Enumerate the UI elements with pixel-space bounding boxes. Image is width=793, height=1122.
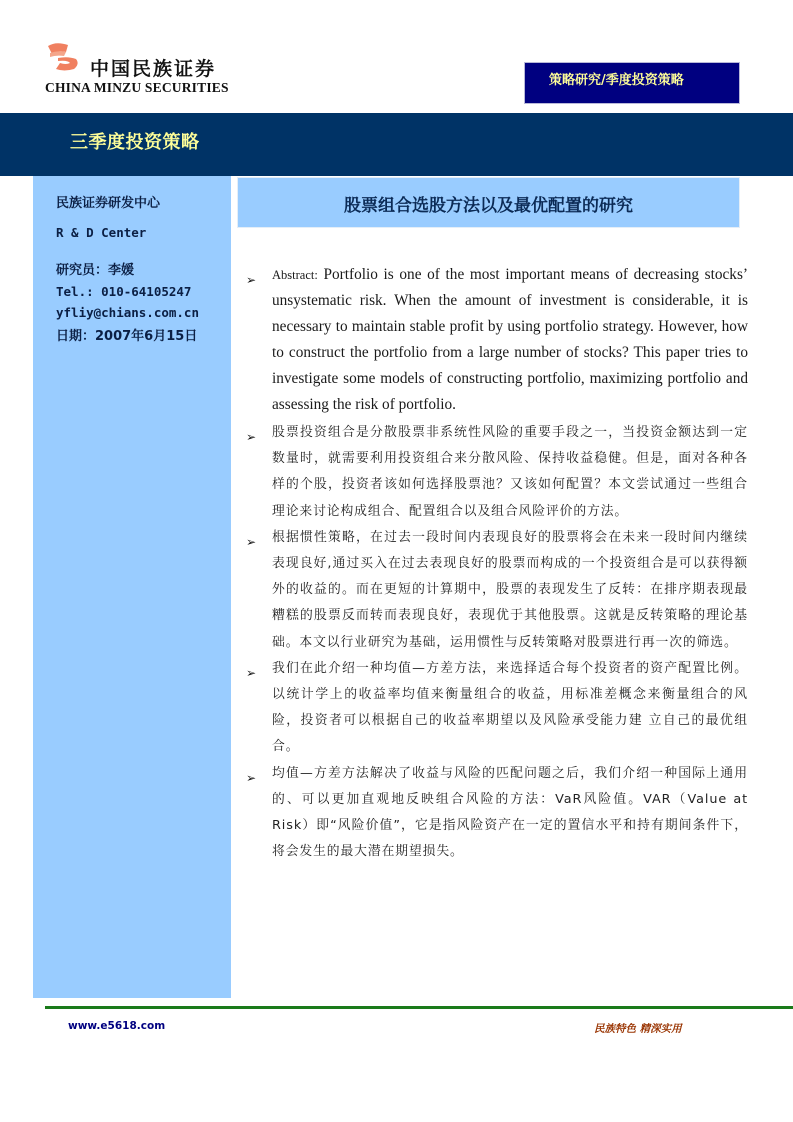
bullet-arrow-icon: ➢ — [246, 424, 257, 450]
sidebar-analyst: 研究员：李媛 — [56, 259, 134, 278]
report-title: 股票组合选股方法以及最优配置的研究 — [238, 191, 739, 216]
bullet-arrow-icon: ➢ — [246, 765, 257, 791]
sidebar-email[interactable]: yfliy@chians.com.cn — [56, 305, 199, 320]
bullet-arrow-icon: ➢ — [246, 267, 256, 293]
sidebar-date: 日期：2007年6月15日 — [56, 325, 197, 344]
banner-title: 三季度投资策略 — [70, 128, 200, 154]
footer-website-link[interactable]: www.e5618.com — [68, 1020, 165, 1032]
body-paragraph: ➢ 股票投资组合是分散股票非系统性风险的重要手段之一，当投资金额达到一定数量时，… — [246, 420, 748, 525]
body-paragraph: ➢ 根据惯性策略，在过去一段时间内表现良好的股票将会在未来一段时间内继续表现良好… — [246, 525, 748, 656]
footer-divider — [45, 1006, 793, 1009]
body-paragraph: ➢ 我们在此介绍一种均值—方差方法，来选择适合每个投资者的资产配置比例。以统计学… — [246, 656, 748, 761]
paragraph-text: 均值—方差方法解决了收益与风险的匹配问题之后，我们介绍一种国际上通用的、可以更加… — [272, 766, 748, 860]
abstract-label: Abstract: — [272, 268, 318, 282]
company-name-cn: 中国民族证券 — [90, 54, 216, 81]
logo-mark-icon — [44, 42, 82, 72]
report-banner: 三季度投资策略 — [0, 113, 793, 176]
sidebar-org-en: R & D Center — [56, 225, 146, 240]
sidebar-tel: Tel.: 010-64105247 — [56, 284, 191, 299]
author-sidebar: 民族证券研发中心 R & D Center 研究员：李媛 Tel.: 010-6… — [33, 176, 231, 998]
report-title-box: 股票组合选股方法以及最优配置的研究 — [237, 177, 740, 228]
abstract-text: Portfolio is one of the most important m… — [272, 266, 748, 413]
bullet-arrow-icon: ➢ — [246, 660, 257, 686]
body-paragraph: ➢ 均值—方差方法解决了收益与风险的匹配问题之后，我们介绍一种国际上通用的、可以… — [246, 761, 748, 866]
paragraph-text: 根据惯性策略，在过去一段时间内表现良好的股票将会在未来一段时间内继续表现良好,通… — [272, 530, 748, 650]
paragraph-text: 股票投资组合是分散股票非系统性风险的重要手段之一，当投资金额达到一定数量时，就需… — [272, 425, 748, 519]
bullet-arrow-icon: ➢ — [246, 529, 257, 555]
category-badge-label: 策略研究/季度投资策略 — [549, 69, 684, 88]
paragraph-text: 我们在此介绍一种均值—方差方法，来选择适合每个投资者的资产配置比例。以统计学上的… — [272, 661, 748, 755]
footer-slogan: 民族特色 精深实用 — [594, 1021, 682, 1036]
report-body: ➢ Abstract: Portfolio is one of the most… — [246, 262, 748, 865]
company-name-en: CHINA MINZU SECURITIES — [45, 80, 229, 96]
category-badge: 策略研究/季度投资策略 — [524, 62, 740, 104]
sidebar-org: 民族证券研发中心 — [56, 192, 160, 211]
abstract-paragraph: ➢ Abstract: Portfolio is one of the most… — [246, 262, 748, 418]
